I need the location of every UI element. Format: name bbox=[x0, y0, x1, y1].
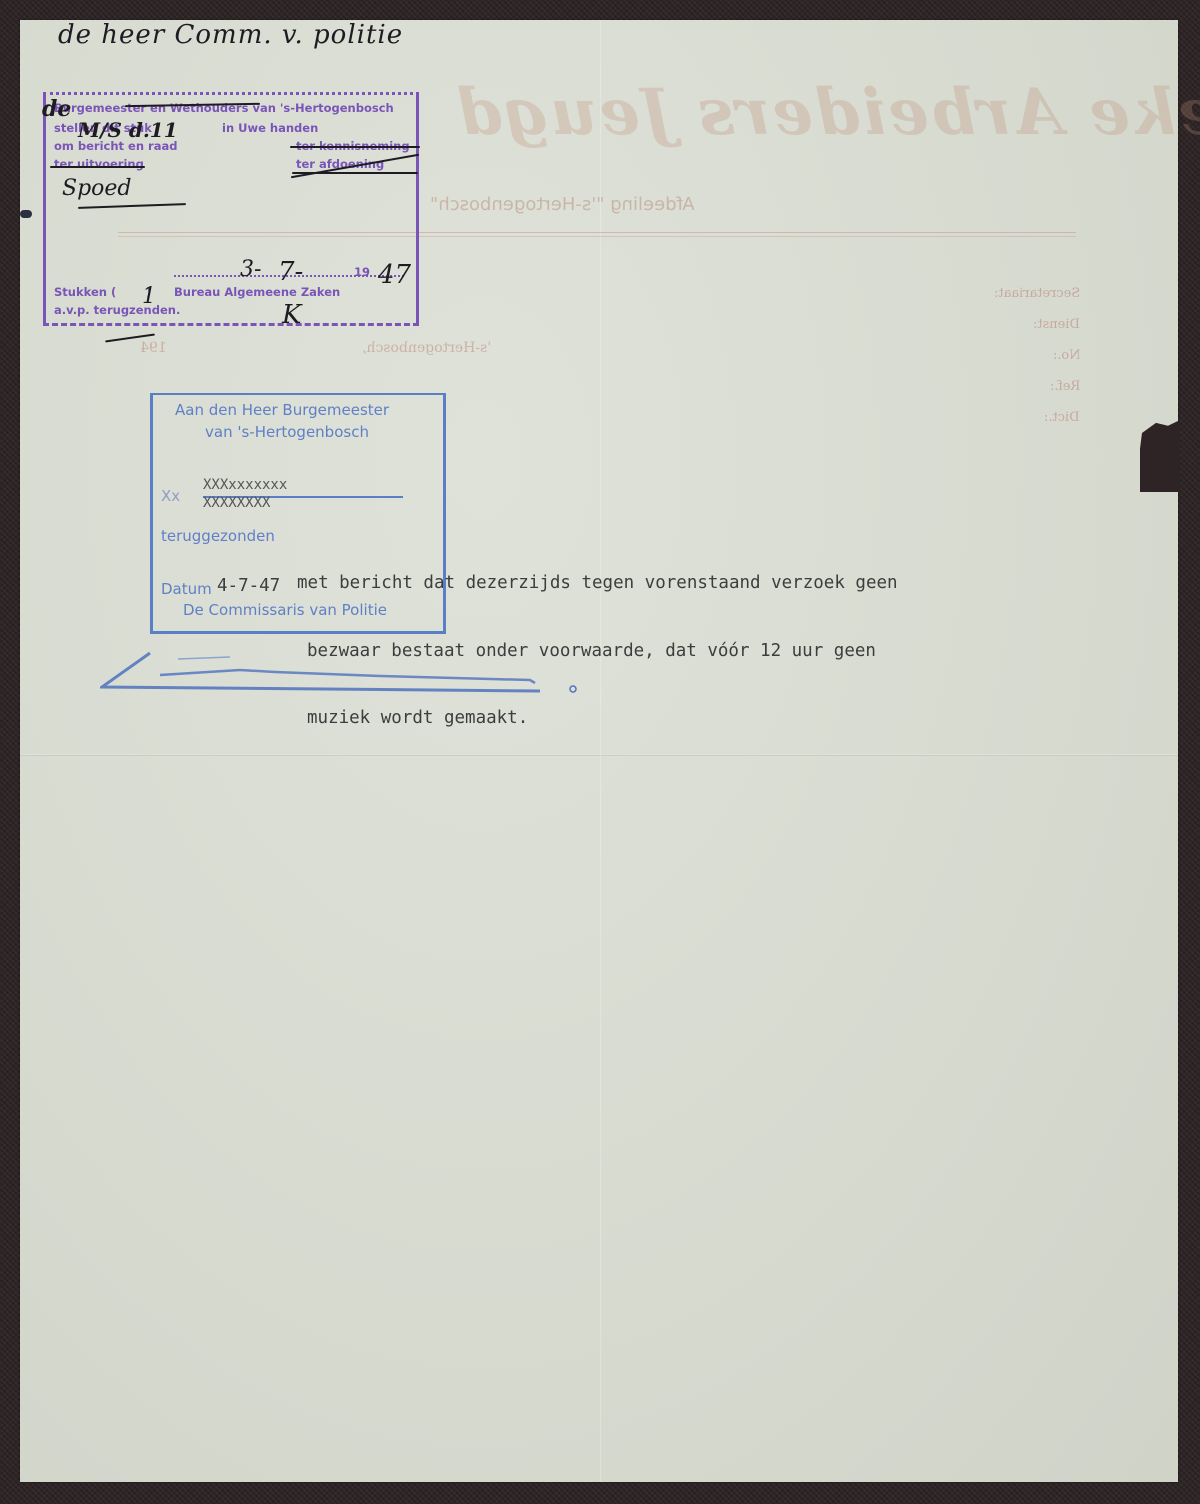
handwritten-addressee: de heer Comm. v. politie bbox=[58, 20, 403, 50]
typed-line-1: met bericht dat dezerzijds tegen vorenst… bbox=[297, 572, 898, 595]
stamp-pieces-label: Stukken ( bbox=[54, 285, 116, 299]
strike-afdoening bbox=[292, 172, 418, 174]
label-secretariaat: Secretariaat: bbox=[994, 286, 1080, 301]
letterhead-year: 194 bbox=[140, 340, 167, 356]
handwritten-reference: M/S d.11 bbox=[78, 118, 178, 142]
typed-line-3: muziek wordt gemaakt. bbox=[297, 707, 898, 730]
ink-blot bbox=[20, 210, 32, 218]
letterhead-title: Katholieke Arbeiders Jeugd bbox=[455, 75, 1075, 150]
handwritten-date-month: 7- bbox=[278, 257, 303, 287]
stamp-year-prefix: 19 bbox=[354, 265, 370, 279]
blue-stamp-redacted-2: XXXXXXXX bbox=[203, 495, 270, 511]
strike-uitvoering bbox=[50, 166, 145, 168]
typed-line-2: bezwaar bestaat onder voorwaarde, dat vó… bbox=[297, 640, 898, 663]
blue-stamp-city: van 's-Hertogenbosch bbox=[205, 423, 369, 441]
label-no: No.: bbox=[1053, 348, 1081, 363]
handwritten-date-year: 47 bbox=[378, 260, 411, 290]
label-ref: Ref.: bbox=[1050, 379, 1080, 394]
blue-stamp-date-label: Datum bbox=[161, 580, 212, 598]
label-dienst: Dienst: bbox=[1033, 317, 1080, 332]
stamp-option-uitvoering: ter uitvoering bbox=[54, 157, 144, 171]
blue-stamp-date-value: 4-7-47 bbox=[217, 576, 280, 596]
blue-stamp-redacted-1: XXXxxxxxxx bbox=[203, 477, 287, 493]
handwritten-initials-mark: de bbox=[42, 96, 71, 122]
stamp-line-2-suffix: in Uwe handen bbox=[222, 121, 318, 135]
horizontal-fold-line bbox=[20, 754, 1178, 756]
label-dict: Dict.: bbox=[1044, 410, 1080, 425]
handwritten-spoed: Spoed bbox=[62, 176, 132, 201]
handwritten-date-day: 3- bbox=[240, 257, 261, 282]
strike-kennisneming bbox=[290, 146, 420, 148]
stamp-return-note: a.v.p. terugzenden. bbox=[54, 303, 180, 317]
handwritten-initials: K bbox=[282, 300, 301, 330]
torn-edge-notch bbox=[1140, 420, 1180, 492]
blue-stamp-returned-label: teruggezonden bbox=[161, 527, 275, 545]
blue-stamp-addressee: Aan den Heer Burgemeester bbox=[175, 401, 389, 419]
handwritten-pieces-count: 1 bbox=[142, 284, 156, 309]
letterhead-city: 's-Hertogenbosch, bbox=[362, 340, 491, 356]
letterhead-subtitle: Afdeeling "'s-Hertogenbosch" bbox=[430, 194, 695, 215]
blue-stamp-redacted-prefix: Xx bbox=[161, 487, 180, 505]
typed-reply: met bericht dat dezerzijds tegen vorenst… bbox=[297, 527, 898, 752]
letterhead-labels: Secretariaat: Dienst: No.: Ref.: Dict.: bbox=[960, 286, 1080, 441]
stamp-department: Bureau Algemeene Zaken bbox=[174, 285, 340, 299]
